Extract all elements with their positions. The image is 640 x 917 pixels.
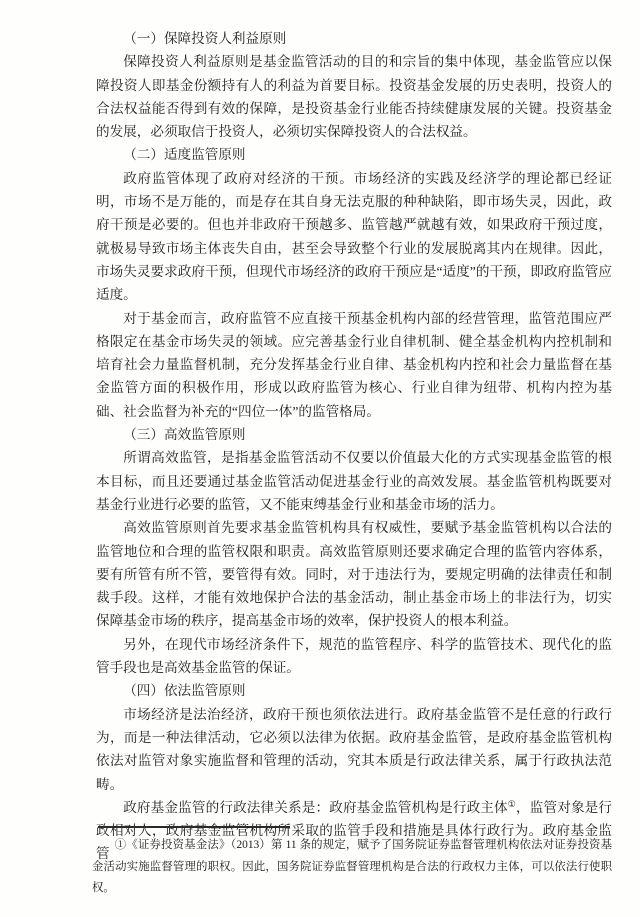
footnote-marker: ① [115,839,127,851]
footnote-body: 《证券投资基金法》（2013）第 11 条的规定，赋予了国务院证券监督管理机构依… [92,839,612,894]
section-heading-2: （二）适度监管原则 [96,143,612,166]
body-paragraph: 对于基金而言，政府监管不应直接干预基金机构内部的经营管理，监管范围应严格限定在基… [96,307,612,423]
body-paragraph: 另外，在现代市场经济条件下，规范的监管程序、科学的监管技术、现代化的监管手段也是… [96,633,612,680]
footnote-divider [98,826,290,828]
body-paragraph: 政府监管体现了政府对经济的干预。市场经济的实践及经济学的理论都已经证明，市场不是… [96,167,612,307]
footnote-area: ①《证券投资基金法》（2013）第 11 条的规定，赋予了国务院证券监督管理机构… [92,826,612,900]
body-paragraph: 所谓高效监管，是指基金监管活动不仅要以价值最大化的方式实现基金监管的根本目标，而… [96,446,612,516]
page-body: （一）保障投资人利益原则 保障投资人利益原则是基金监管活动的目的和宗旨的集中体现… [96,27,612,866]
section-heading-4: （四）依法监管原则 [96,679,612,702]
footnote-text: ①《证券投资基金法》（2013）第 11 条的规定，赋予了国务院证券监督管理机构… [92,835,612,900]
footnote-ref-marker: ① [508,799,516,809]
section-heading-1: （一）保障投资人利益原则 [96,27,612,50]
section-heading-3: （三）高效监管原则 [96,423,612,446]
body-paragraph: 高效监管原则首先要求基金监管机构具有权威性，要赋予基金监管机构以合法的监管地位和… [96,516,612,632]
paragraph-text: 政府基金监管的行政法律关系是：政府基金监管机构是行政主体 [123,800,508,815]
document-page: （一）保障投资人利益原则 保障投资人利益原则是基金监管活动的目的和宗旨的集中体现… [0,0,640,917]
body-paragraph: 保障投资人利益原则是基金监管活动的目的和宗旨的集中体现，基金监管应以保障投资人即… [96,50,612,143]
body-paragraph: 市场经济是法治经济，政府干预也须依法进行。政府基金监管不是任意的行政行为，而是一… [96,703,612,796]
